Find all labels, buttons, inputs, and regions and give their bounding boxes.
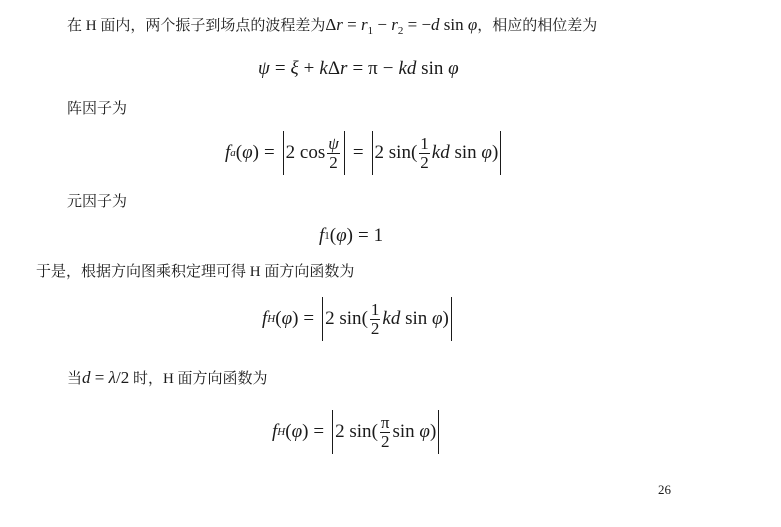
absolute-value-sin: 2 sin( 1 2 kd sin φ) (322, 297, 452, 341)
paragraph-half-wave-spacing: 当d = λ/2 时，H 面方向函数为 (67, 368, 268, 389)
math-path-difference: Δr = r1 − r2 = −d sin φ (325, 15, 477, 34)
absolute-value-sin: 2 sin( π 2 sin φ) (332, 410, 439, 454)
fraction-psi-over-2: ψ 2 (327, 135, 340, 172)
absolute-value-cos: 2 cos ψ 2 (283, 131, 345, 175)
text-path-difference-suffix: ，相应的相位差为 (477, 18, 597, 34)
page-number: 26 (658, 482, 671, 498)
paragraph-pattern-multiplication: 于是，根据方向图乘积定理可得 H 面方向函数为 (36, 262, 354, 282)
fraction-pi-over-2: π 2 (380, 414, 391, 451)
math-d-equals-lambda-half: d = λ/2 (82, 368, 129, 387)
equation-h-plane-pattern-half-wave: fH(φ) = 2 sin( π 2 sin φ) (272, 410, 442, 454)
equation-element-factor: f1(φ) = 1 (319, 225, 383, 247)
paragraph-path-difference: 在 H 面内，两个振子到场点的波程差为Δr = r1 − r2 = −d sin… (67, 15, 597, 41)
equation-array-factor: fa(φ) = 2 cos ψ 2 = 2 sin( 1 2 kd sin φ) (225, 131, 504, 175)
equation-h-plane-pattern: fH(φ) = 2 sin( 1 2 kd sin φ) (262, 297, 455, 341)
label-array-factor: 阵因子为 (67, 99, 127, 119)
label-element-factor: 元因子为 (67, 192, 127, 212)
absolute-value-sin: 2 sin( 1 2 kd sin φ) (372, 131, 502, 175)
fraction-one-half: 1 2 (370, 301, 381, 338)
fraction-one-half: 1 2 (419, 135, 430, 172)
equation-phase-difference: ψ = ξ + kΔr = π − kd sin φ (258, 58, 459, 80)
text-path-difference-prefix: 在 H 面内，两个振子到场点的波程差为 (67, 18, 325, 34)
